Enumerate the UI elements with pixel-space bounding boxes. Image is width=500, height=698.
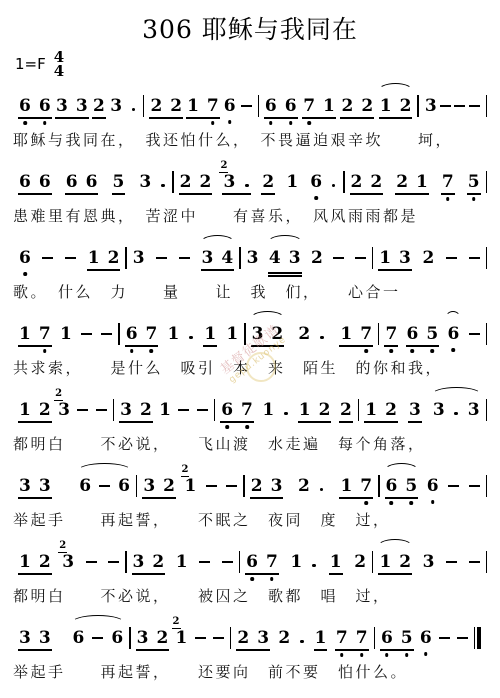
dash-mark (206, 485, 217, 488)
notes-line: 3366321223217656 (13, 462, 487, 510)
dash-mark (355, 257, 366, 260)
measure: 2232216 (174, 172, 343, 192)
dash-mark (108, 561, 119, 564)
measure: 23217 (245, 476, 378, 496)
note: 7 (442, 172, 454, 192)
dash-mark (195, 637, 206, 640)
note: 5 (401, 628, 413, 648)
note: 3 (137, 628, 149, 648)
octave-dot (411, 349, 415, 353)
note: 1 (416, 172, 428, 192)
note: 6 (126, 324, 138, 344)
note-group (226, 476, 237, 496)
note-group (96, 400, 107, 420)
note: 2 (152, 552, 164, 572)
note: 1 (379, 248, 391, 268)
measure: 321 (114, 400, 214, 420)
note-group (454, 96, 465, 116)
barline (486, 171, 487, 193)
note-group: 3 (247, 248, 259, 268)
note: 1 (159, 400, 171, 420)
note-group: 22 (341, 96, 373, 116)
note: 1 (380, 96, 392, 116)
note: 2 (237, 628, 249, 648)
measure: 171 (13, 324, 118, 344)
dash-mark (454, 105, 465, 108)
system: 66332322176667122123耶稣与我同在， 我还怕什么， 不畏逼迫艰… (13, 82, 487, 149)
augmentation-dot (310, 552, 317, 572)
note: 3 (409, 400, 421, 420)
note-group (448, 476, 459, 496)
augmentation-dot (130, 96, 137, 116)
note-group: 12 (185, 476, 197, 496)
augmentation-dot (298, 628, 305, 648)
duration-dash (99, 476, 110, 496)
note: 2 (370, 172, 382, 192)
note: 6 (221, 400, 233, 420)
octave-dot (390, 501, 394, 505)
note: 1 (60, 324, 72, 344)
note: 1 (323, 96, 335, 116)
measure: 3 (419, 96, 486, 116)
note: 2 (423, 248, 435, 268)
augmentation-dot (318, 476, 325, 496)
note: 2 (93, 96, 105, 116)
note: 6 (66, 172, 78, 192)
note: 6 (79, 476, 91, 496)
dash-mark (77, 409, 88, 412)
grace-note: 2 (172, 617, 181, 629)
measure: 1232 (13, 552, 125, 572)
octave-dot (364, 501, 368, 505)
note: 6 (118, 476, 130, 496)
note: 3 (433, 400, 445, 420)
note: 1 (262, 400, 274, 420)
note: 1 (379, 552, 391, 572)
note: 1 (299, 400, 311, 420)
octave-dot (228, 120, 232, 124)
note-group: 32 (137, 628, 169, 648)
measure: 22176 (144, 96, 257, 116)
measure: 666653 (13, 172, 172, 192)
lyrics-line: 举起手 再起誓， 还要向 前不要 怕什么。 (13, 663, 487, 681)
note-group (42, 248, 53, 268)
dash-mark (81, 333, 92, 336)
duration-dash (439, 628, 450, 648)
note-group: 32 (58, 400, 70, 420)
note-group (206, 476, 217, 496)
hymn-sheet: 306 耶稣与我同在 1=F 4 4 66332322176667122123耶… (0, 0, 500, 698)
dot-mark (320, 336, 324, 340)
note-group: 13 (379, 248, 411, 268)
octave-dot (23, 121, 27, 125)
note: 2 (319, 400, 331, 420)
dash-mark (440, 105, 451, 108)
duration-dash (179, 248, 190, 268)
measure: 67111 (120, 324, 244, 344)
note-group (195, 628, 206, 648)
note-group (446, 248, 457, 268)
octave-dot (43, 121, 47, 125)
duration-dash (469, 476, 480, 496)
note: 1 (290, 552, 302, 572)
octave-dot (211, 121, 215, 125)
dash-mark (439, 637, 450, 640)
note: 3 (110, 96, 122, 116)
note: 1 (19, 552, 31, 572)
lyrics-line: 都明白 不必说， 飞山渡 水走遍 每个角落， (13, 435, 487, 453)
note: 3 (139, 172, 151, 192)
note: 7 (360, 476, 372, 496)
note-group: 32 (143, 476, 175, 496)
score: 66332322176667122123耶稣与我同在， 我还怕什么， 不畏逼迫艰… (13, 82, 487, 681)
note: 7 (241, 400, 253, 420)
note-group: 2 (340, 400, 352, 420)
note-group: 12 (19, 552, 51, 572)
note: 7 (207, 96, 219, 116)
note-group: 65 (381, 628, 413, 648)
note: 7 (356, 628, 368, 648)
octave-dot (446, 197, 450, 201)
note-group: 33 (56, 96, 88, 116)
duration-dash (333, 248, 344, 268)
octave-dot (289, 121, 293, 125)
dash-mark (469, 561, 480, 564)
note: 7 (360, 324, 372, 344)
note: 5 (468, 172, 480, 192)
note: 3 (423, 552, 435, 572)
note-group: 17 (19, 324, 51, 344)
note-group (178, 400, 189, 420)
measure: 334 (127, 248, 239, 268)
note-group: 12 (19, 400, 51, 420)
note-group (355, 248, 366, 268)
note-group: 65 (407, 324, 439, 344)
note: 3 (289, 248, 301, 268)
note: 12 (176, 628, 188, 648)
note-group: 67 (221, 400, 253, 420)
notes-line: 66332322176667122123 (13, 82, 487, 130)
notes-line: 6123343432132 (13, 234, 487, 282)
dot-mark (284, 412, 288, 416)
note: 4 (269, 248, 281, 268)
note-group: 2 (311, 248, 323, 268)
note-group: 66 (19, 96, 51, 116)
dash-mark (65, 257, 76, 260)
octave-dot (225, 425, 229, 429)
duration-dash (108, 552, 119, 572)
note-group: 6 (19, 248, 31, 268)
note: 32 (223, 172, 235, 192)
note-group: 1 (226, 324, 238, 344)
note-group: 66 (66, 172, 98, 192)
grace-note: 2 (54, 389, 63, 401)
time-signature-denominator: 4 (54, 64, 64, 78)
note-group: 17 (340, 324, 372, 344)
measure: 67112 (240, 552, 372, 572)
note-group: 2 (298, 324, 325, 344)
dash-mark (92, 637, 103, 640)
note-group: 6 (420, 628, 432, 648)
octave-dot (405, 653, 409, 657)
note: 3 (399, 248, 411, 268)
measure: 663323 (13, 96, 143, 116)
measure: 612 (13, 248, 125, 268)
note-group: 77 (336, 628, 368, 648)
note-group (213, 628, 224, 648)
system: 3366321223217656举起手 再起誓， 不眠之 夜同 度 过， (13, 462, 487, 529)
grace-note: 2 (58, 541, 67, 553)
note-group: 3 (425, 96, 437, 116)
note: 2 (340, 400, 352, 420)
octave-dot (307, 121, 311, 125)
note-group: 2 (262, 172, 274, 192)
duration-dash (457, 628, 468, 648)
note-group: 6 (224, 96, 236, 116)
note: 7 (266, 552, 278, 572)
note: 6 (285, 96, 297, 116)
note-group: 1 (315, 628, 327, 648)
octave-dot (269, 121, 273, 125)
duration-dash (65, 248, 76, 268)
augmentation-dot (159, 172, 166, 192)
note: 1 (19, 400, 31, 420)
note: 5 (113, 172, 125, 192)
note-group: 17 (340, 476, 372, 496)
measure: 656 (375, 628, 474, 648)
notes-line: 123232167112212333 (13, 386, 487, 434)
measure: 3212 (131, 628, 230, 648)
note-group: 66 (73, 628, 124, 648)
key-signature: 1=F (15, 55, 46, 73)
system: 123232167112212333都明白 不必说， 飞山渡 水走遍 每个角落， (13, 386, 487, 453)
note-group (469, 248, 480, 268)
note: 1 (176, 552, 188, 572)
lyrics-line: 患难里有恩典， 苦涩中 有喜乐， 风风雨雨都是 (13, 207, 487, 225)
note: 5 (405, 476, 417, 496)
note: 3 (19, 628, 31, 648)
note: 12 (185, 476, 197, 496)
note: 3 (468, 400, 480, 420)
note-group: 2 (93, 96, 105, 116)
dot-mark (189, 336, 193, 340)
note-group: 33 (433, 400, 480, 420)
note: 3 (133, 248, 145, 268)
note: 7 (146, 324, 158, 344)
duration-dash (469, 248, 480, 268)
duration-dash (226, 476, 237, 496)
note-group (439, 628, 450, 648)
duration-dash (446, 248, 457, 268)
duration-dash (96, 400, 107, 420)
dot-mark (161, 184, 165, 188)
note: 2 (251, 476, 263, 496)
notes-line: 33663212232177656 (13, 614, 487, 662)
note-group (440, 96, 451, 116)
barline (486, 247, 487, 269)
note-group: 67 (246, 552, 278, 572)
note: 2 (385, 400, 397, 420)
note: 3 (271, 476, 283, 496)
note-group: 1 (176, 552, 188, 572)
dot-mark (312, 564, 316, 568)
note: 3 (39, 476, 51, 496)
octave-dot (472, 197, 476, 201)
note-group: 12 (176, 628, 188, 648)
note: 6 (86, 172, 98, 192)
duration-dash (222, 552, 233, 572)
note-group (469, 96, 480, 116)
note: 7 (303, 96, 315, 116)
duration-dash (206, 476, 217, 496)
note: 6 (111, 628, 123, 648)
augmentation-dot (318, 324, 325, 344)
note-group: 33 (19, 476, 51, 496)
measure: 232177 (231, 628, 373, 648)
note: 3 (202, 248, 214, 268)
octave-dot (314, 196, 318, 200)
octave-dot (23, 272, 27, 276)
note-group: 7 (385, 324, 397, 344)
note: 2 (140, 400, 152, 420)
dot-mark (300, 640, 304, 644)
augmentation-dot (330, 172, 337, 192)
octave-dot (250, 577, 254, 581)
note: 7 (385, 324, 397, 344)
note-group: 12 (380, 96, 412, 116)
note-group (108, 552, 119, 572)
octave-dot (130, 349, 134, 353)
dash-mark (469, 105, 480, 108)
duration-dash (469, 552, 480, 572)
note: 2 (200, 172, 212, 192)
barline (486, 551, 487, 573)
note-group (469, 324, 480, 344)
octave-dot (431, 500, 435, 504)
note-group: 21 (396, 172, 428, 192)
octave-dot (150, 349, 154, 353)
note: 1 (286, 172, 298, 192)
grace-note: 2 (219, 161, 228, 173)
note-group: 2 (298, 476, 325, 496)
note-group (101, 324, 112, 344)
octave-dot (270, 577, 274, 581)
note: 2 (399, 552, 411, 572)
note-group (333, 248, 344, 268)
note-group: 3 (133, 248, 145, 268)
dash-mark (333, 257, 344, 260)
note: 1 (19, 324, 31, 344)
duration-dash (81, 324, 92, 344)
duration-dash (92, 628, 103, 648)
dash-mark (448, 485, 459, 488)
dash-mark (42, 257, 53, 260)
note: 32 (58, 400, 70, 420)
note: 7 (336, 628, 348, 648)
measure: 12333 (359, 400, 485, 420)
measure: 3212 (137, 476, 243, 496)
duration-dash (355, 248, 366, 268)
measure: 222175 (345, 172, 486, 192)
duration-dash (213, 628, 224, 648)
note-group: 43 (269, 248, 301, 268)
measure: 1232 (13, 400, 113, 420)
duration-dash (195, 628, 206, 648)
measure: 66712212 (259, 96, 418, 116)
dash-mark (457, 637, 468, 640)
dash-mark (96, 409, 107, 412)
system: 33663212232177656举起手 再起誓， 还要向 前不要 怕什么。 (13, 614, 487, 681)
note-group: 65 (386, 476, 418, 496)
duration-dash (197, 400, 208, 420)
note: 1 (226, 324, 238, 344)
note: 3 (120, 400, 132, 420)
note: 6 (427, 476, 439, 496)
note: 32 (62, 552, 74, 572)
note-group: 1 (60, 324, 72, 344)
dot-mark (320, 488, 324, 492)
note-group: 7 (442, 172, 454, 192)
note: 1 (204, 324, 216, 344)
measure: 7656 (379, 324, 485, 344)
notes-line: 17167111322177656 (13, 310, 487, 358)
note: 2 (150, 96, 162, 116)
time-signature: 4 4 (54, 50, 64, 79)
barline (486, 95, 487, 117)
note-group: 66 (265, 96, 297, 116)
note: 2 (163, 476, 175, 496)
dash-mark (99, 485, 110, 488)
duration-dash (440, 96, 451, 116)
note-group: 23 (237, 628, 269, 648)
dot-mark (132, 108, 136, 112)
note-group: 33 (19, 628, 51, 648)
note: 2 (298, 324, 310, 344)
barline (486, 399, 487, 421)
note-group: 1 (159, 400, 171, 420)
dash-mark (178, 409, 189, 412)
system: 123232167112123都明白 不必说， 被囚之 歌都 唱 过， (13, 538, 487, 605)
note: 7 (39, 324, 51, 344)
note-group (241, 96, 252, 116)
measure: 321 (127, 552, 239, 572)
octave-dot (360, 653, 364, 657)
lyrics-line: 歌。 什么 力 量 让 我 们， 心合一 (13, 283, 487, 301)
note: 3 (425, 96, 437, 116)
duration-dash (469, 96, 480, 116)
lyrics-line: 举起手 再起誓， 不眠之 夜同 度 过， (13, 511, 487, 529)
octave-dot (431, 349, 435, 353)
measure: 3366 (13, 476, 136, 496)
duration-dash (448, 476, 459, 496)
note: 3 (252, 324, 264, 344)
key-signature-row: 1=F 4 4 (15, 48, 487, 80)
note: 2 (341, 96, 353, 116)
note-group: 22 (150, 96, 182, 116)
note: 6 (39, 172, 51, 192)
note: 3 (247, 248, 259, 268)
note: 4 (221, 248, 233, 268)
note: 6 (39, 96, 51, 116)
octave-dot (364, 349, 368, 353)
note: 2 (311, 248, 323, 268)
dash-mark (197, 409, 208, 412)
dash-mark (101, 333, 112, 336)
note-group (65, 248, 76, 268)
note-group (156, 248, 167, 268)
note-group: 32 (62, 552, 74, 572)
note: 3 (257, 628, 269, 648)
